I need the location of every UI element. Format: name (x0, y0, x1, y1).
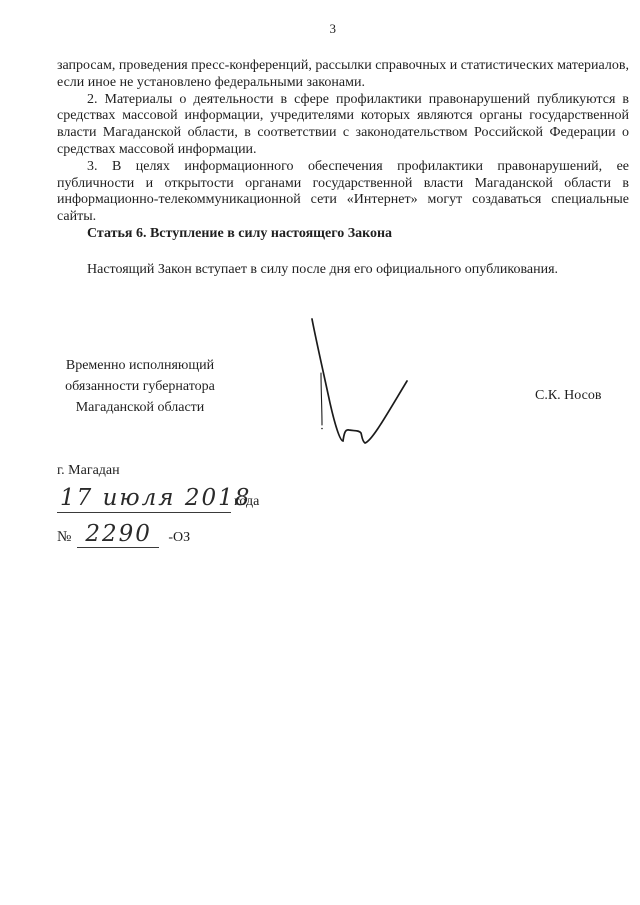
handwritten-date: 17 июля 2018 (57, 485, 231, 513)
paragraph-3: 3. В целях информационного обеспечения п… (57, 159, 629, 226)
document-page: 3 запросам, проведения пресс-конференций… (0, 0, 640, 905)
page-number: 3 (27, 21, 639, 37)
number-sign-label: № (57, 529, 71, 545)
signatory-name: С.К. Носов (535, 388, 601, 404)
date-line: 17 июля 2018года (57, 485, 259, 513)
paragraph-continuation: запросам, проведения пресс-конференций, … (57, 58, 629, 92)
signatory-title-line: Временно исполняющий (56, 355, 224, 376)
paragraph-2: 2. Материалы о деятельности в сфере проф… (57, 92, 629, 159)
signatory-title-line: Магаданской области (56, 397, 224, 418)
handwritten-signature-icon (298, 315, 413, 450)
date-suffix-label: года (234, 494, 259, 509)
signatory-title-line: обязанности губернатора (56, 376, 224, 397)
signatory-title-block: Временно исполняющий обязанности губерна… (56, 355, 224, 418)
number-suffix-label: -ОЗ (168, 530, 190, 545)
article-heading: Статья 6. Вступление в силу настоящего З… (57, 226, 629, 243)
document-number-line: №2290-ОЗ (57, 522, 190, 548)
closing-paragraph: Настоящий Закон вступает в силу после дн… (57, 262, 629, 279)
city-label: г. Магадан (57, 463, 120, 479)
document-body: запросам, проведения пресс-конференций, … (57, 58, 629, 279)
handwritten-number: 2290 (77, 522, 159, 548)
